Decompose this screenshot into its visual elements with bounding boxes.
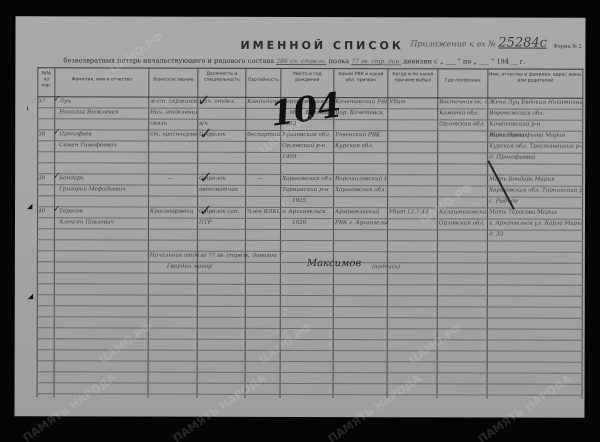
relative-info: д. Прокофьевка bbox=[489, 154, 582, 160]
column-divider bbox=[245, 68, 247, 398]
burial-place: Каменка обл. bbox=[439, 110, 487, 116]
checkmark-icon: ✓ bbox=[53, 127, 61, 137]
stamp-number: 25284с bbox=[498, 36, 547, 51]
row-line bbox=[37, 305, 583, 307]
checkmark-icon: ✓ bbox=[53, 204, 61, 214]
rank: ст. красноармеец bbox=[150, 132, 197, 138]
subtitle-text: безвозвратных потерь начальствующего и р… bbox=[63, 56, 274, 65]
birthplace: Тарнинский р-н bbox=[282, 187, 333, 193]
signatory-rank: Гвардии майор bbox=[167, 264, 212, 270]
checkmark-icon: ✓ bbox=[197, 91, 210, 110]
signature-note: (подпись) bbox=[372, 264, 400, 270]
relative-info: с. Рыбное bbox=[489, 198, 582, 204]
birthplace: г. Архангельск bbox=[282, 209, 333, 215]
column-divider bbox=[54, 67, 56, 397]
relative-info: д. 33 bbox=[489, 231, 582, 237]
row-line bbox=[37, 228, 583, 230]
row-number: 40 bbox=[38, 208, 45, 214]
header-draft: Каким РВК и какой обл. призван bbox=[334, 72, 387, 84]
given-names: Григорий Мефодьевич bbox=[59, 186, 126, 192]
burial-place: Орловская обл. bbox=[439, 220, 487, 226]
relative-info: г. Архангельск ул. Карла Маркса bbox=[489, 220, 582, 226]
signatory-title: Начальник отдела 77 гв. стрелк. дивизии bbox=[150, 253, 277, 259]
document-subtitle: безвозвратных потерь начальствующего и р… bbox=[63, 56, 525, 65]
rank: Нач. отделения bbox=[150, 110, 197, 116]
row-line bbox=[37, 239, 583, 241]
reason: Убит 12.7.43 bbox=[389, 209, 437, 215]
draft-office: Ровенский РВК bbox=[335, 132, 387, 138]
row-line bbox=[37, 393, 583, 395]
rank: связи bbox=[150, 121, 197, 127]
header-name: Фамилия, имя и отчество bbox=[55, 77, 148, 83]
row-line bbox=[37, 294, 583, 296]
draft-office: Ворошиловский РВК bbox=[335, 176, 387, 182]
checkmark-icon: ✓ bbox=[53, 171, 61, 181]
row-line bbox=[37, 283, 583, 285]
birthplace: Харьковская обл. bbox=[282, 176, 333, 182]
position: автоматчик bbox=[199, 187, 245, 193]
column-divider bbox=[387, 68, 389, 398]
table-top-border bbox=[37, 67, 583, 69]
subtitle-text: полка bbox=[329, 57, 350, 65]
incoming-stamp: Приложение к вх № 25284с bbox=[410, 35, 547, 50]
row-number: 38 bbox=[38, 131, 45, 137]
document-title: ИМЕННОЙ СПИСОК bbox=[240, 39, 403, 52]
position: ПТР bbox=[199, 220, 245, 226]
draft-office: РВК г. Архангельск bbox=[335, 220, 387, 226]
surname: Тарасов bbox=[59, 208, 83, 214]
surname: Луц bbox=[59, 98, 71, 104]
checkmark-icon: ✓ bbox=[199, 124, 212, 143]
form-number: Форма № 2 bbox=[553, 44, 581, 50]
burial-place: Восточная ок. д. bbox=[439, 99, 487, 105]
relative-info: Жена Прокофьева Мария bbox=[489, 132, 582, 138]
row-line bbox=[37, 316, 583, 318]
party: Член ВЛКСМ bbox=[247, 209, 280, 215]
header-relatives: Имя, отчество и фамилия, адрес жены или … bbox=[488, 72, 582, 84]
burial-place: Орловская обл. bbox=[439, 121, 487, 127]
row-line bbox=[37, 349, 583, 351]
row-line bbox=[37, 272, 583, 274]
margin-mark-icon: ◢ bbox=[27, 202, 32, 210]
header-rank: Воинское звание bbox=[149, 78, 197, 84]
rank: м-ст. сержант bbox=[150, 99, 197, 105]
header-party: Партийность bbox=[246, 78, 280, 84]
relative-info: Курская обл. Тростянецкий р-н bbox=[489, 143, 582, 149]
draft-office: Архангельский bbox=[335, 209, 387, 215]
draft-office: Харьковская обл. bbox=[335, 187, 387, 193]
division-handwritten: 77 гв. стр. див. bbox=[351, 58, 401, 65]
given-names: Алексей Павлович bbox=[59, 219, 114, 225]
subtitle-text: “ 194 bbox=[491, 57, 509, 65]
draft-office: Вор. Кочетовск. bbox=[335, 110, 387, 116]
stamp-prefix: Приложение к вх № bbox=[410, 39, 495, 48]
row-number: 39 bbox=[38, 175, 45, 181]
row-line bbox=[37, 382, 583, 384]
header-burial: Где похоронен bbox=[438, 78, 487, 84]
checkmark-icon: ✓ bbox=[199, 168, 212, 187]
relative-info: Жена Луц Евдокия Никитична bbox=[489, 99, 582, 105]
header-number: №№ по пор. bbox=[38, 71, 54, 89]
table-border bbox=[37, 67, 39, 397]
draft-office: Кочетовский РВК bbox=[335, 99, 387, 105]
margin-mark-icon: ı bbox=[26, 104, 28, 112]
header-reason: Когда и по какой причине выбыл bbox=[388, 72, 437, 84]
column-divider bbox=[197, 68, 199, 398]
header-position: Должность и специальность bbox=[198, 72, 245, 84]
row-line bbox=[37, 371, 583, 373]
margin-mark-icon: ◢ bbox=[28, 292, 33, 300]
row-line bbox=[37, 338, 583, 340]
relative-info: Воронежская обл. bbox=[489, 110, 582, 116]
relative-info: Кочетовский р-н bbox=[489, 121, 582, 127]
row-line bbox=[37, 250, 583, 252]
relative-info: Мать Тарасова Мария bbox=[489, 209, 582, 215]
row-number: 37 bbox=[38, 98, 45, 104]
reason: Убит bbox=[389, 99, 437, 105]
subtitle-text: дивизии с „ bbox=[403, 57, 443, 65]
checkmark-icon: ✓ bbox=[53, 94, 61, 104]
rank: — bbox=[167, 176, 197, 182]
checkmark-icon: ✓ bbox=[199, 201, 212, 220]
relative-info: Мать Бондарь Мария bbox=[489, 176, 582, 182]
birth-year: 1925 bbox=[292, 198, 333, 204]
subtitle-text: г. bbox=[520, 58, 526, 66]
header-birth: Место и год рождения bbox=[281, 72, 333, 84]
birthplace: Ураловская обл. bbox=[282, 132, 333, 138]
regiment-handwritten: 286 сп. стрелк. bbox=[276, 58, 326, 65]
surname: Бондарь bbox=[59, 175, 84, 181]
row-line bbox=[37, 360, 583, 362]
burial-place: Калашниковская обл. bbox=[439, 209, 487, 215]
subtitle-text: “ по „ bbox=[457, 57, 476, 65]
birth-year: 1909 bbox=[282, 154, 333, 160]
birthplace: Орловский р-н bbox=[282, 143, 333, 149]
given-names: Николай Яковлевич bbox=[59, 109, 118, 115]
column-divider bbox=[437, 68, 439, 398]
signature: Максимов bbox=[307, 258, 361, 269]
column-divider bbox=[148, 68, 150, 398]
party: — bbox=[257, 176, 280, 182]
row-line bbox=[37, 327, 583, 329]
surname: Прокофьев bbox=[59, 131, 92, 137]
document-page: Приложение к вх № 25284с Форма № 2 ИМЕНН… bbox=[14, 16, 585, 417]
given-names: Семен Тимофеевич bbox=[59, 142, 117, 148]
draft-office: Курская обл. bbox=[335, 143, 387, 149]
birth-year: 1920 bbox=[292, 220, 333, 226]
row-line bbox=[37, 162, 583, 164]
rank: Красноармеец bbox=[150, 209, 197, 215]
